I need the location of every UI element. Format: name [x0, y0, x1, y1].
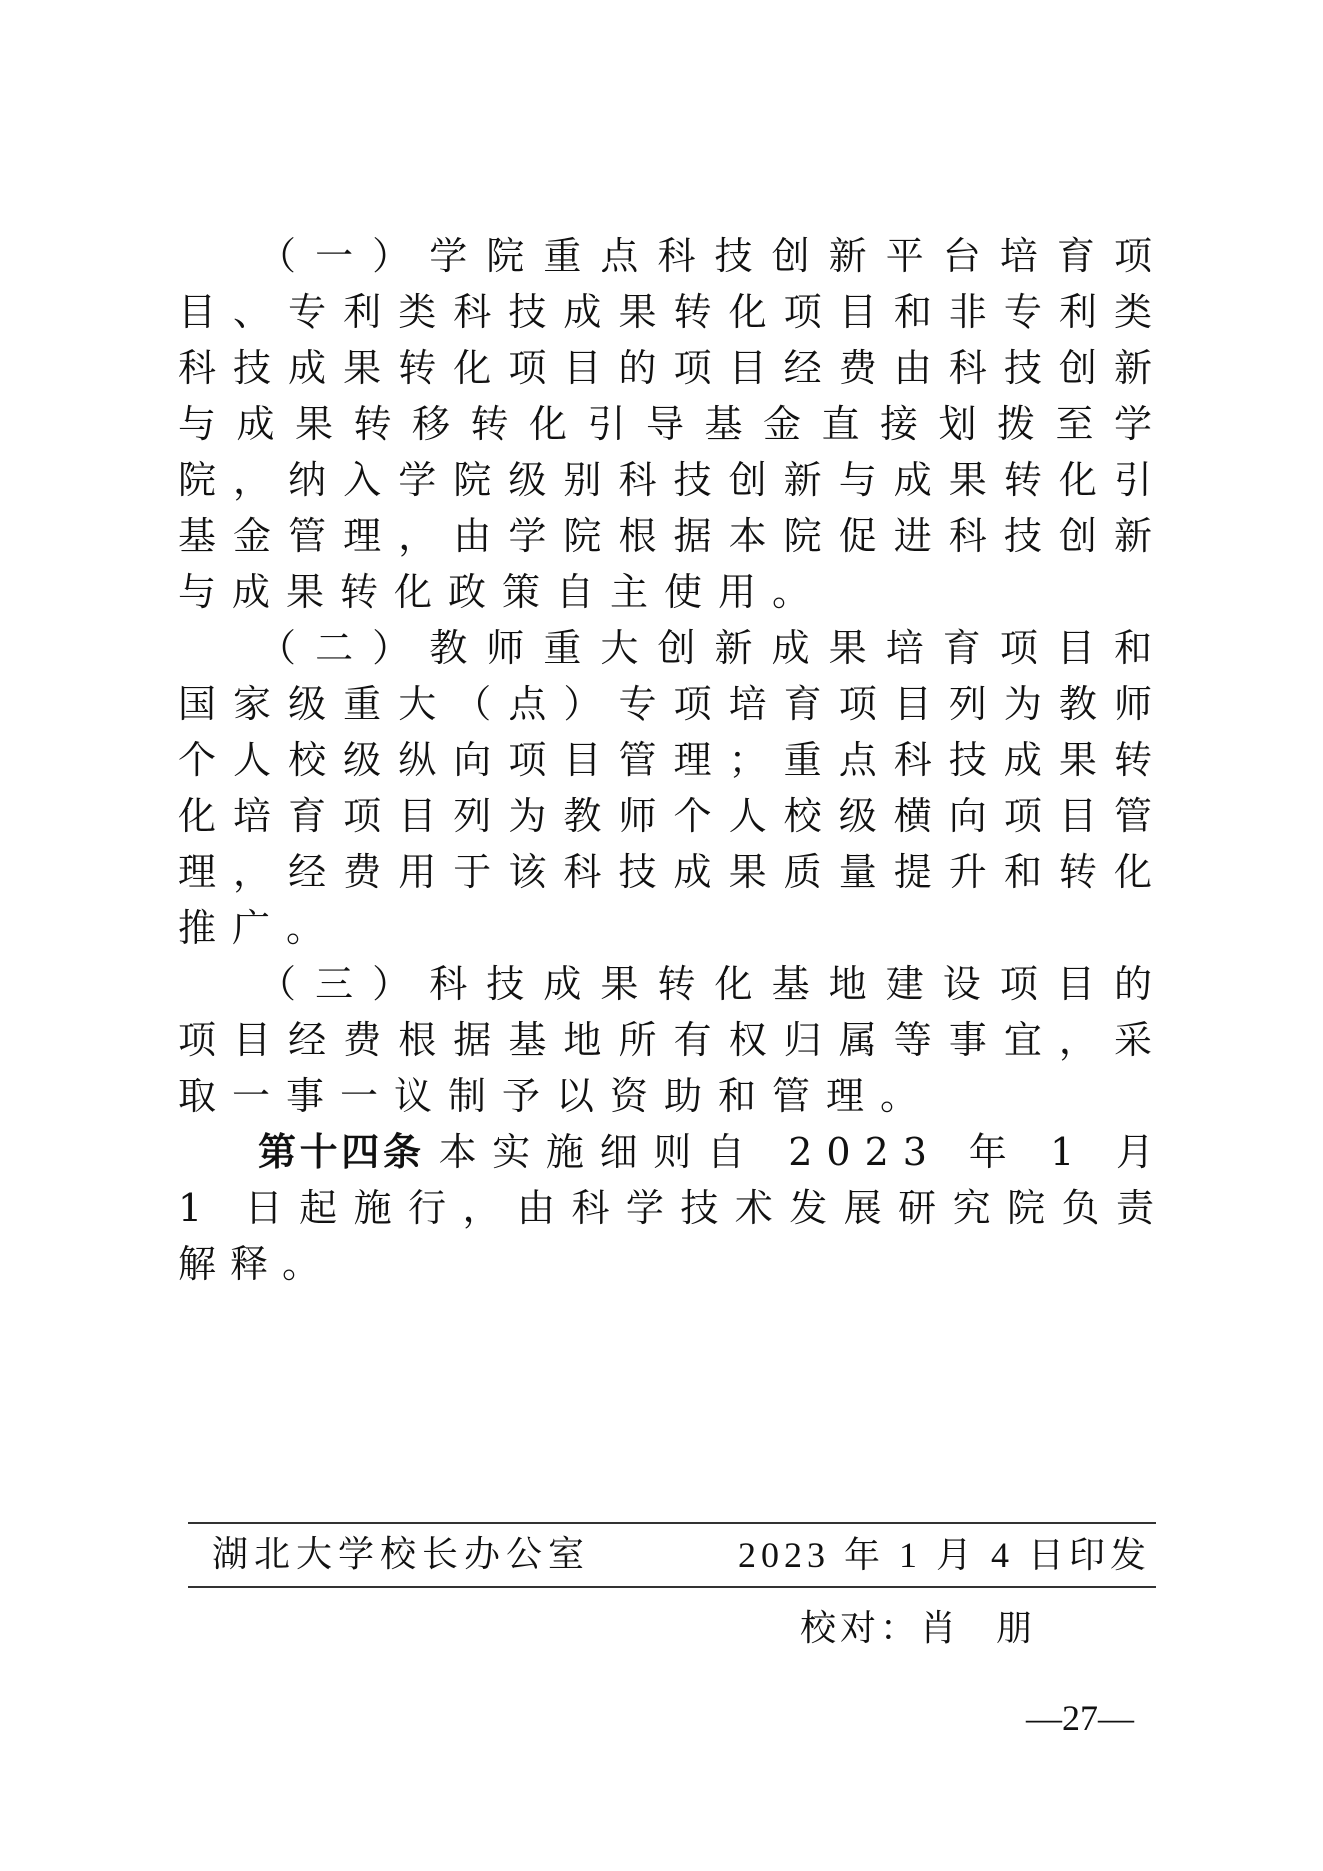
- footer-bottom-rule: [188, 1586, 1156, 1588]
- paragraph-item-1: （一）学院重点科技创新平台培育项目、专利类科技成果转化项目和非专利类科技成果转化…: [178, 228, 1168, 620]
- proofreader-name-given: 朋: [996, 1608, 1036, 1649]
- proofreader-label: 校对：: [800, 1608, 920, 1649]
- footer-issue-date: 2023 年 1 月 4 日印发: [738, 1530, 1151, 1580]
- document-body: （一）学院重点科技创新平台培育项目、专利类科技成果转化项目和非专利类科技成果转化…: [178, 228, 1168, 1292]
- paragraph-item-2: （二）教师重大创新成果培育项目和国家级重大（点）专项培育项目列为教师个人校级纵向…: [178, 620, 1168, 956]
- proofreader-line: 校对：肖朋: [800, 1604, 1036, 1654]
- article-14: 第十四条本实施细则自 2023 年 1 月 1 日起施行，由科学技术发展研究院负…: [178, 1124, 1168, 1292]
- footer-top-rule: [188, 1522, 1156, 1524]
- article-14-label: 第十四条: [258, 1129, 425, 1174]
- proofreader-name-surname: 肖: [920, 1608, 960, 1649]
- paragraph-item-3: （三）科技成果转化基地建设项目的项目经费根据基地所有权归属等事宜，采取一事一议制…: [178, 956, 1168, 1124]
- page-number: —27—: [1026, 1696, 1134, 1740]
- footer-issuer: 湖北大学校长办公室: [212, 1530, 590, 1580]
